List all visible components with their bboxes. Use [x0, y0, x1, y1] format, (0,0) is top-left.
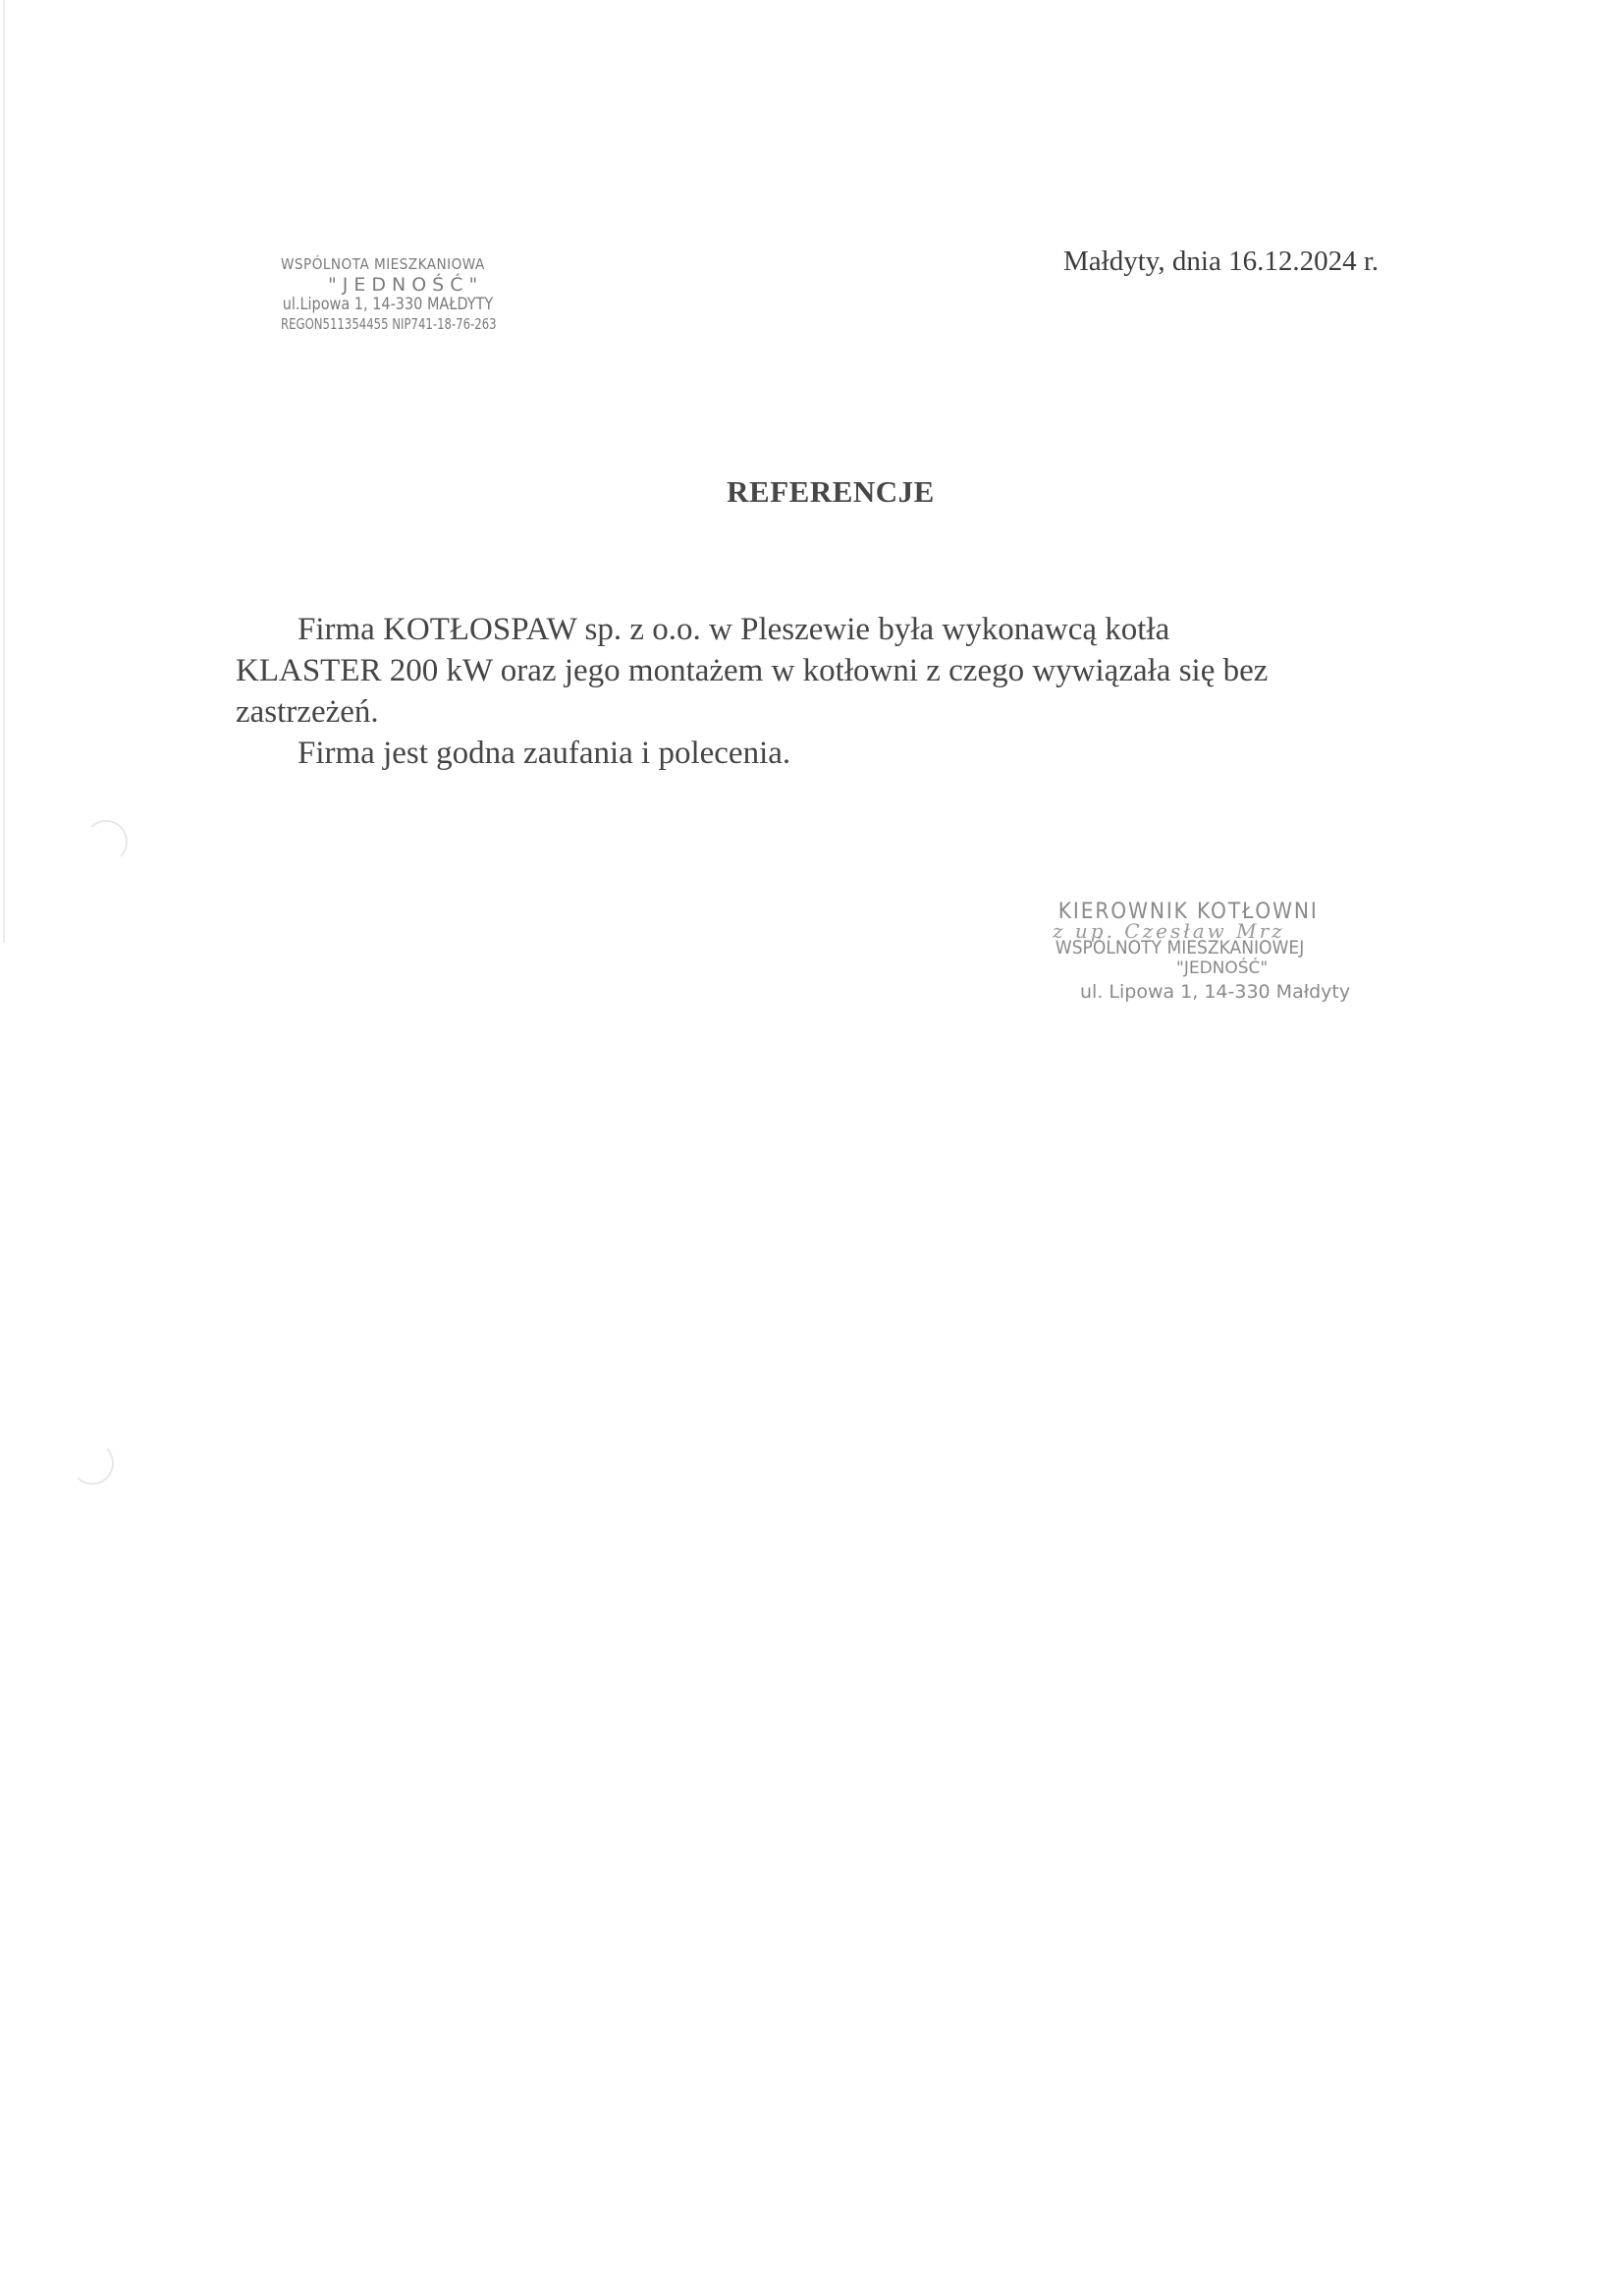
signature-stamp-role: KIEROWNIK KOTŁOWNI — [1045, 902, 1388, 923]
document-body: Firma KOTŁOSPAW sp. z o.o. w Pleszewie b… — [236, 609, 1443, 774]
sender-stamp-address: ul.Lipowa 1, 14-330 MAŁDYTY — [281, 297, 523, 313]
signature-stamp-address: ul. Lipowa 1, 14-330 Małdyty — [1045, 983, 1418, 1002]
document-page: WSPÓLNOTA MIESZKANIOWA "JEDNOŚĆ" ul.Lipo… — [0, 0, 1624, 2296]
signature-stamp: KIEROWNIK KOTŁOWNI z up. Czesław Mrz WSP… — [1045, 902, 1418, 1002]
body-line: zastrzeżeń. — [236, 691, 1443, 733]
signature-stamp-name: "JEDNOŚĆ" — [1045, 960, 1418, 977]
hole-punch-mark-icon — [71, 1442, 114, 1485]
document-title: REFERENCJE — [0, 474, 1624, 510]
hole-punch-mark-icon — [84, 820, 128, 863]
body-line: Firma KOTŁOSPAW sp. z o.o. w Pleszewie b… — [236, 609, 1443, 650]
sender-stamp-ids: REGON511354455 NIP741-18-76-263 — [281, 317, 503, 332]
sender-stamp: WSPÓLNOTA MIESZKANIOWA "JEDNOŚĆ" ul.Lipo… — [281, 257, 566, 332]
body-line: Firma jest godna zaufania i polecenia. — [236, 733, 1443, 774]
sender-stamp-name: WSPÓLNOTA MIESZKANIOWA — [281, 257, 531, 273]
body-line: KLASTER 200 kW oraz jego montażem w kotł… — [236, 650, 1443, 691]
sender-stamp-title: "JEDNOŚĆ" — [281, 276, 566, 295]
signature-stamp-org: WSPÓLNOTY MIESZKANIOWEJ — [1045, 939, 1380, 957]
scan-edge-line — [3, 0, 5, 943]
document-date: Małdyty, dnia 16.12.2024 r. — [1063, 246, 1379, 278]
